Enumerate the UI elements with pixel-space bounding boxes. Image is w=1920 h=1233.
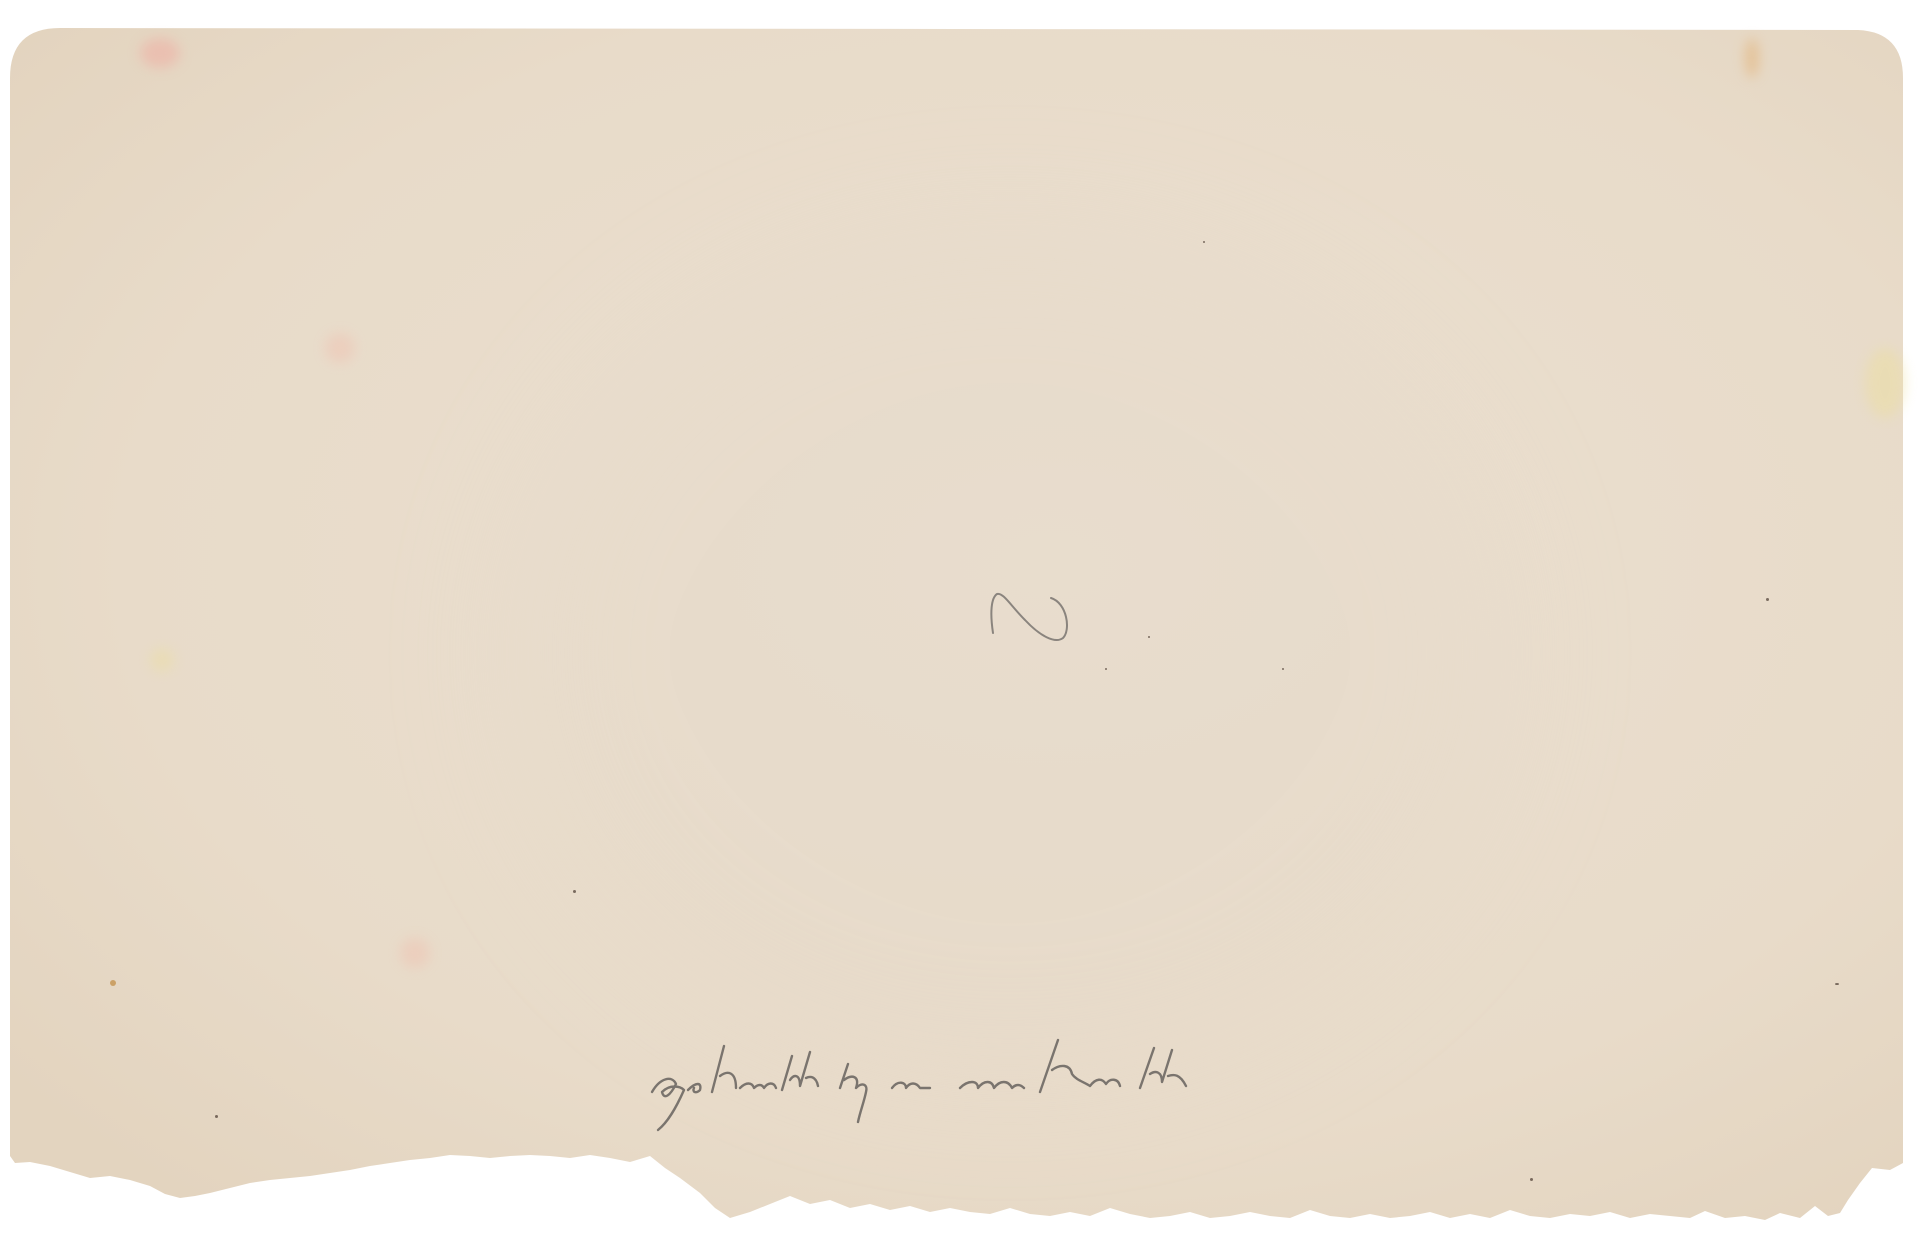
speck [1282, 668, 1284, 670]
red-stain [140, 38, 180, 68]
pencil-number-2 [985, 578, 1075, 658]
inscription-text: gekocht bij van der Meulen [640, 1058, 1408, 1109]
yellow-stain [1865, 348, 1905, 418]
speck [1530, 1178, 1533, 1181]
speck [1203, 241, 1205, 243]
speck [573, 890, 576, 893]
speck [1148, 636, 1150, 638]
speck [110, 980, 116, 986]
speck [1835, 983, 1839, 985]
yellow-spot [150, 648, 174, 672]
pink-stain [325, 333, 355, 363]
speck [1766, 598, 1769, 601]
speck [215, 1115, 218, 1118]
pencil-inscription: gekocht bij van der Meulen [640, 1030, 1570, 1140]
speck [1105, 668, 1107, 670]
orange-stain [1745, 38, 1759, 78]
pink-stain-lower [400, 938, 430, 968]
